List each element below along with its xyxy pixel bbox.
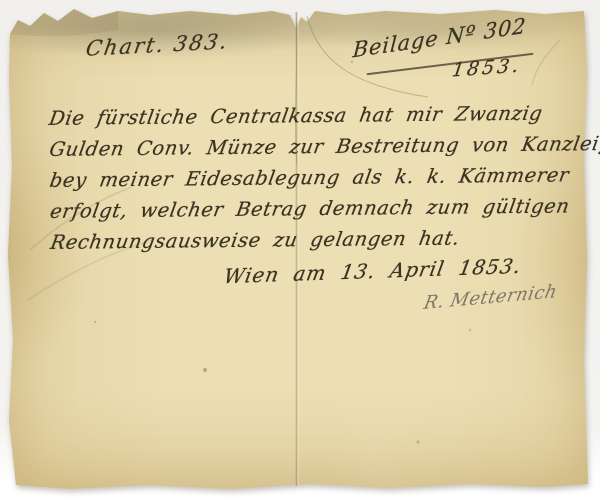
manuscript-body: Die fürstliche Centralkassa hat mir Zwan… <box>49 97 596 258</box>
document-photo: Chart. 383. Beilage Nº 302 1853. Die für… <box>0 0 600 499</box>
manuscript-line-5: Rechnungsausweise zu gelangen hat. <box>48 221 598 258</box>
